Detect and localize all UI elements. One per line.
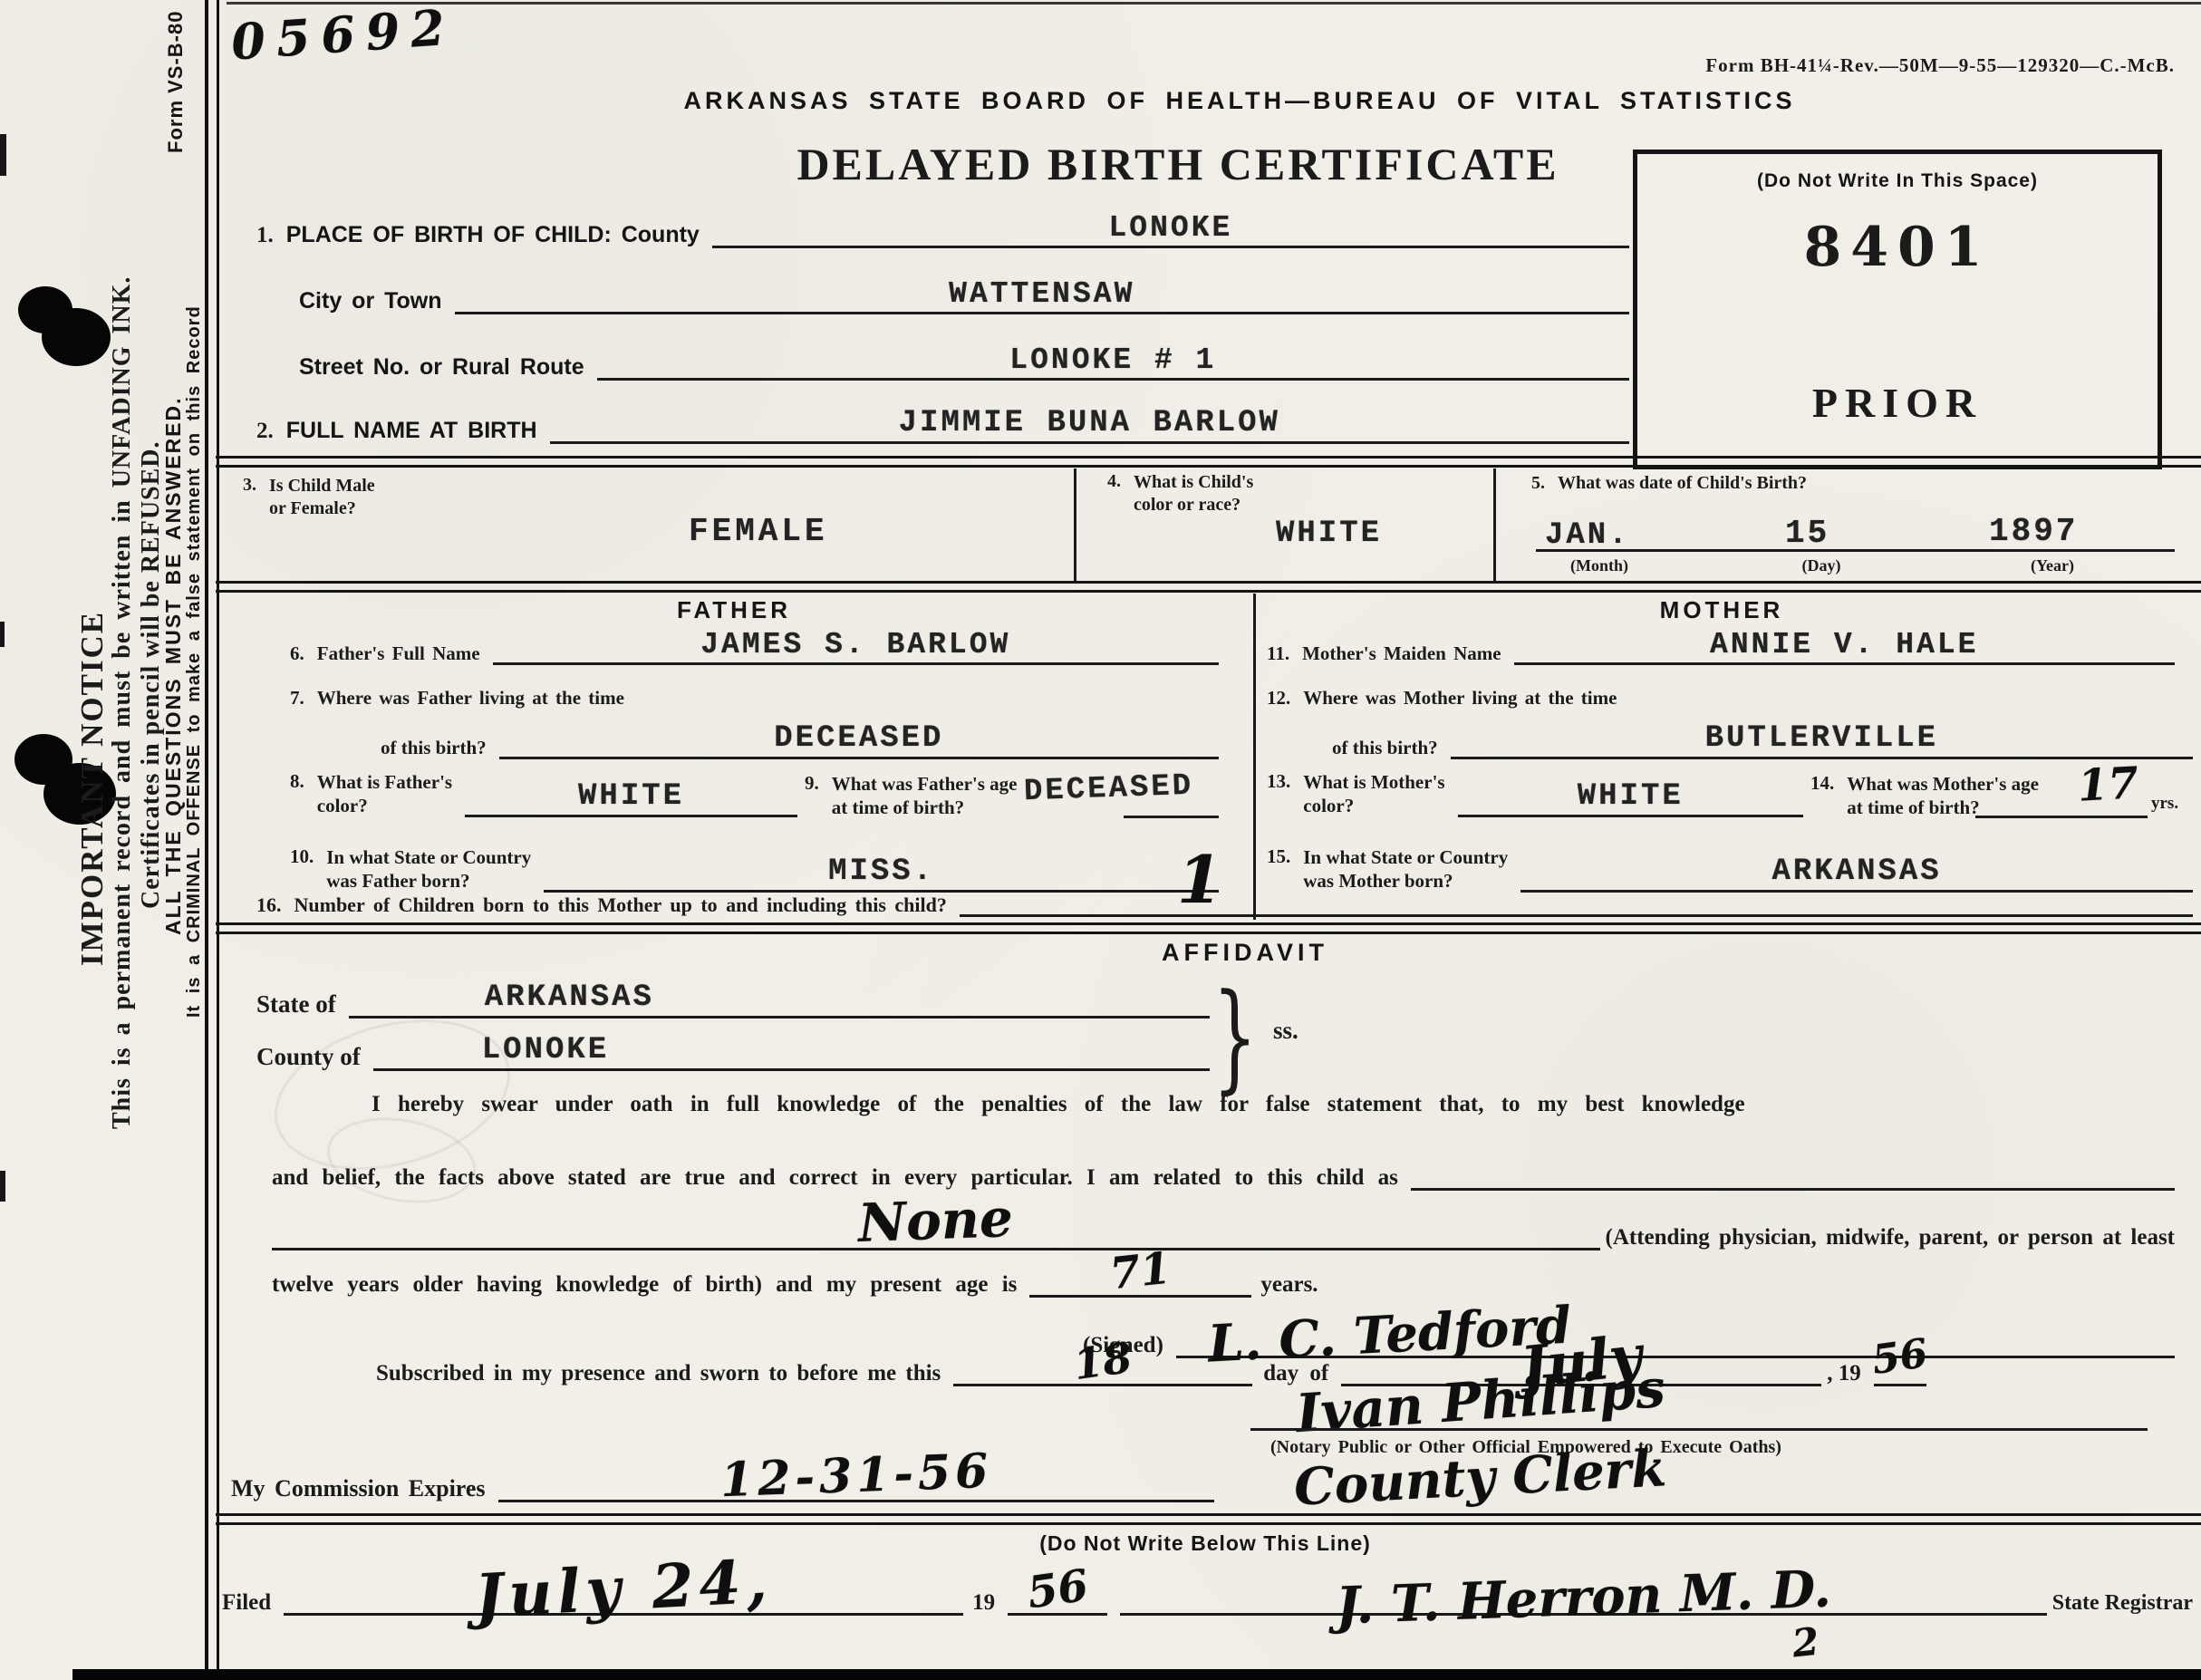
- field-affidavit-county: County of LONOKE: [256, 1029, 1210, 1071]
- birth-certificate-scan: IMPORTANT NOTICE This is a permanent rec…: [0, 0, 2201, 1680]
- field-label: Street No. or Rural Route: [299, 354, 584, 381]
- mother-age-unit: yrs.: [2151, 794, 2178, 814]
- margin-permanent-record-note: This is a permanent record and must be w…: [108, 109, 137, 1296]
- affidavit-age-line: twelve years older having knowledge of b…: [272, 1269, 1318, 1298]
- year-prefix: 19: [972, 1590, 995, 1616]
- dob-year-caption: (Year): [1989, 556, 2116, 575]
- registrar-signature: J. T. Herron M. D.: [1335, 1559, 1832, 1636]
- registrar-label: State Registrar: [2052, 1591, 2193, 1616]
- sworn-day-value: 18: [1071, 1333, 1135, 1389]
- handwritten-serial: 05692: [229, 0, 458, 72]
- margin-notice-title: IMPORTANT NOTICE: [74, 571, 111, 1006]
- field-number: 12.: [1267, 687, 1290, 710]
- mother-age-underline: [1975, 816, 2148, 818]
- field-number: 8.: [290, 770, 304, 793]
- label-line: color?: [317, 794, 452, 817]
- field-father-color: 8. What is Father's color? WHITE: [290, 768, 797, 817]
- paragraph-text: and belief, the facts above stated are t…: [272, 1165, 1398, 1191]
- left-double-border: [205, 0, 219, 1680]
- field-sex-label: 3. Is Child Male or Female?: [243, 475, 375, 520]
- label-line: color?: [1303, 794, 1444, 817]
- field-label: FULL NAME AT BIRTH: [286, 418, 537, 444]
- field-mother-age-label: 14. What was Mother's age at time of bir…: [1810, 772, 2039, 820]
- section-divider: [216, 456, 2201, 468]
- label-line: What was date of Child's Birth?: [1558, 473, 1807, 494]
- filed-date-value: July 24,: [473, 1545, 774, 1631]
- field-label: Mother's Maiden Name: [1302, 642, 1501, 665]
- field-race-label: 4. What is Child's color or race?: [1107, 471, 1253, 517]
- field-dob-label: 5. What was date of Child's Birth?: [1531, 473, 1807, 494]
- field-number: 3.: [243, 475, 256, 496]
- field-father-age-label: 9. What was Father's age at time of birt…: [805, 772, 1017, 820]
- column-divider: [1074, 468, 1076, 581]
- file-number-box: (Do Not Write In This Space) 8401 PRIOR: [1633, 150, 2162, 469]
- label-line: Where was Mother living at the time: [1303, 687, 1617, 710]
- father-section-heading: FATHER: [553, 596, 915, 624]
- ss-label: ss.: [1273, 1017, 1298, 1045]
- affiant-age-value: 71: [1108, 1243, 1173, 1300]
- field-number: 9.: [805, 772, 819, 795]
- label-line: Is Child Male: [269, 475, 375, 497]
- field-mother-color: 13. What is Mother's color? WHITE: [1267, 768, 1803, 817]
- field-full-name-at-birth: 2. FULL NAME AT BIRTH JIMMIE BUNA BARLOW: [256, 401, 1629, 444]
- label-line: What is Father's: [317, 770, 452, 794]
- dob-day-caption: (Day): [1767, 556, 1876, 575]
- field-label: PLACE OF BIRTH OF CHILD: County: [286, 222, 700, 248]
- field-place-of-birth-county: 1. PLACE OF BIRTH OF CHILD: County LONOK…: [256, 208, 1629, 248]
- commission-date-value: 12-31-56: [719, 1443, 993, 1508]
- margin-questions-note: ALL THE QUESTIONS MUST BE ANSWERED.: [161, 294, 186, 1038]
- affidavit-state-value: ARKANSAS: [485, 980, 654, 1015]
- paragraph-text: years.: [1260, 1272, 1318, 1298]
- edge-mark: [0, 622, 5, 647]
- father-name-value: JAMES S. BARLOW: [700, 628, 1010, 661]
- field-number: 1.: [256, 223, 274, 248]
- label-line: What is Child's: [1134, 471, 1253, 494]
- label-line: Where was Father living at the time: [317, 687, 624, 710]
- field-number: 10.: [290, 845, 314, 868]
- dob-year-value: 1897: [1989, 513, 2078, 550]
- field-number: 13.: [1267, 770, 1290, 793]
- signature-flourish: 2: [1791, 1619, 1821, 1666]
- field-father-living: of this birth? DECEASED: [381, 721, 1219, 759]
- label-line: color or race?: [1134, 494, 1253, 517]
- mother-color-value: WHITE: [1578, 779, 1684, 814]
- field-number: 6.: [290, 642, 304, 665]
- field-number: 7.: [290, 687, 304, 710]
- sworn-year-value: 56: [1869, 1330, 1931, 1384]
- field-mother-living: of this birth? BUTLERVILLE: [1332, 721, 2193, 759]
- paragraph-text: (Attending physician, midwife, parent, o…: [1606, 1225, 2175, 1250]
- top-edge-line: [227, 2, 2201, 5]
- agency-title: ARKANSAS STATE BOARD OF HEALTH—BUREAU OF…: [308, 87, 2171, 115]
- field-city-or-town: City or Town WATTENSAW: [299, 272, 1629, 314]
- field-number: 11.: [1267, 642, 1289, 665]
- section-divider: [216, 922, 2201, 934]
- label-line: What is Mother's: [1303, 770, 1444, 794]
- column-divider: [1493, 468, 1496, 581]
- filed-line: Filed July 24, 19 56 J. T. Herron M. D. …: [222, 1574, 2193, 1616]
- prior-stamp: PRIOR: [1637, 379, 2158, 427]
- affidavit-heading: AFFIDAVIT: [973, 939, 1517, 967]
- field-label: My Commission Expires: [231, 1475, 486, 1502]
- field-label: City or Town: [299, 288, 442, 314]
- dob-day-value: 15: [1785, 515, 1829, 552]
- form-number: Form BH-41¼-Rev.—50M—9-55—129320—C.-McB.: [1178, 54, 2175, 77]
- county-value: LONOKE: [1109, 211, 1233, 245]
- field-label: Number of Children born to this Mother u…: [294, 893, 947, 917]
- subscribed-line: Subscribed in my presence and sworn to b…: [376, 1357, 2193, 1386]
- city-value: WATTENSAW: [949, 277, 1134, 311]
- field-affidavit-state: State of ARKANSAS: [256, 977, 1210, 1019]
- paragraph-text: twelve years older having knowledge of b…: [272, 1272, 1017, 1298]
- father-color-value: WHITE: [578, 779, 684, 814]
- year-prefix: , 19: [1827, 1361, 1861, 1386]
- relation-value: None: [857, 1187, 1014, 1254]
- dob-underline: [1536, 549, 2175, 552]
- margin-form-code: Form VS-B-80: [164, 7, 188, 157]
- mother-living-value: BUTLERVILLE: [1705, 721, 1938, 756]
- label-line: What was Father's age: [832, 772, 1018, 796]
- dob-month-caption: (Month): [1540, 556, 1658, 575]
- affidavit-paragraph-line2: and belief, the facts above stated are t…: [272, 1158, 2175, 1191]
- bottom-bar: [72, 1669, 2201, 1680]
- label-line: In what State or Country: [326, 845, 531, 869]
- file-number-stamp: 8401: [1637, 216, 2158, 279]
- edge-mark: [0, 1171, 5, 1202]
- mother-age-value: 17: [2077, 758, 2140, 811]
- do-not-write-below-note: (Do Not Write Below This Line): [752, 1531, 1658, 1556]
- subscribed-text: Subscribed in my presence and sworn to b…: [376, 1361, 941, 1386]
- section-divider: [216, 581, 2201, 593]
- race-value: WHITE: [1276, 517, 1382, 551]
- field-label: County of: [256, 1043, 361, 1071]
- field-father-living-label: 7. Where was Father living at the time: [290, 687, 624, 710]
- dob-month-value: JAN.: [1545, 518, 1630, 553]
- box-note: (Do Not Write In This Space): [1637, 170, 2158, 192]
- sex-value: FEMALE: [689, 513, 828, 550]
- label-line: or Female?: [269, 497, 375, 520]
- father-age-underline: [1124, 816, 1219, 818]
- field-number: 4.: [1107, 471, 1121, 492]
- field-mother-living-label: 12. Where was Mother living at the time: [1267, 687, 1617, 710]
- notary-signature-underline: [1250, 1428, 2148, 1431]
- label-line: What was Mother's age: [1847, 772, 2039, 796]
- field-street-or-rural-route: Street No. or Rural Route LONOKE # 1: [299, 338, 1629, 381]
- edge-mark: [0, 134, 6, 176]
- field-number: 2.: [256, 419, 274, 444]
- field-mother-name: 11. Mother's Maiden Name ANNIE V. HALE: [1267, 627, 2175, 665]
- father-age-value: DECEASED: [1023, 769, 1193, 810]
- commission-line: My Commission Expires 12-31-56: [231, 1468, 1214, 1502]
- field-label: Father's Full Name: [317, 642, 480, 665]
- section-divider: [216, 1513, 2201, 1525]
- children-count-value: 1: [1177, 841, 1222, 918]
- affidavit-county-value: LONOKE: [482, 1033, 609, 1067]
- filed-label: Filed: [222, 1590, 271, 1616]
- field-number-of-children: 16. Number of Children born to this Moth…: [256, 874, 2193, 917]
- margin-criminal-offense-note: It is a CRIMINAL OFFENSE to make a false…: [184, 145, 205, 1178]
- field-label: of this birth?: [1332, 737, 1438, 759]
- field-number: 16.: [256, 893, 282, 917]
- field-label: of this birth?: [381, 737, 487, 759]
- child-name-value: JIMMIE BUNA BARLOW: [899, 406, 1280, 440]
- field-father-name: 6. Father's Full Name JAMES S. BARLOW: [290, 627, 1219, 665]
- field-number: 14.: [1810, 772, 1834, 795]
- field-number: 5.: [1531, 473, 1545, 494]
- mother-section-heading: MOTHER: [1540, 596, 1903, 624]
- street-value: LONOKE # 1: [1009, 343, 1216, 377]
- filed-year-value: 56: [1024, 1560, 1091, 1619]
- ss-brace: }: [1212, 968, 1258, 1106]
- hole-punch-top: [42, 308, 111, 366]
- father-living-value: DECEASED: [774, 721, 943, 756]
- field-label: State of: [256, 990, 336, 1019]
- mother-name-value: ANNIE V. HALE: [1710, 628, 1978, 661]
- affidavit-paragraph-line1: I hereby swear under oath in full knowle…: [372, 1092, 1745, 1117]
- label-line: at time of birth?: [832, 796, 1018, 819]
